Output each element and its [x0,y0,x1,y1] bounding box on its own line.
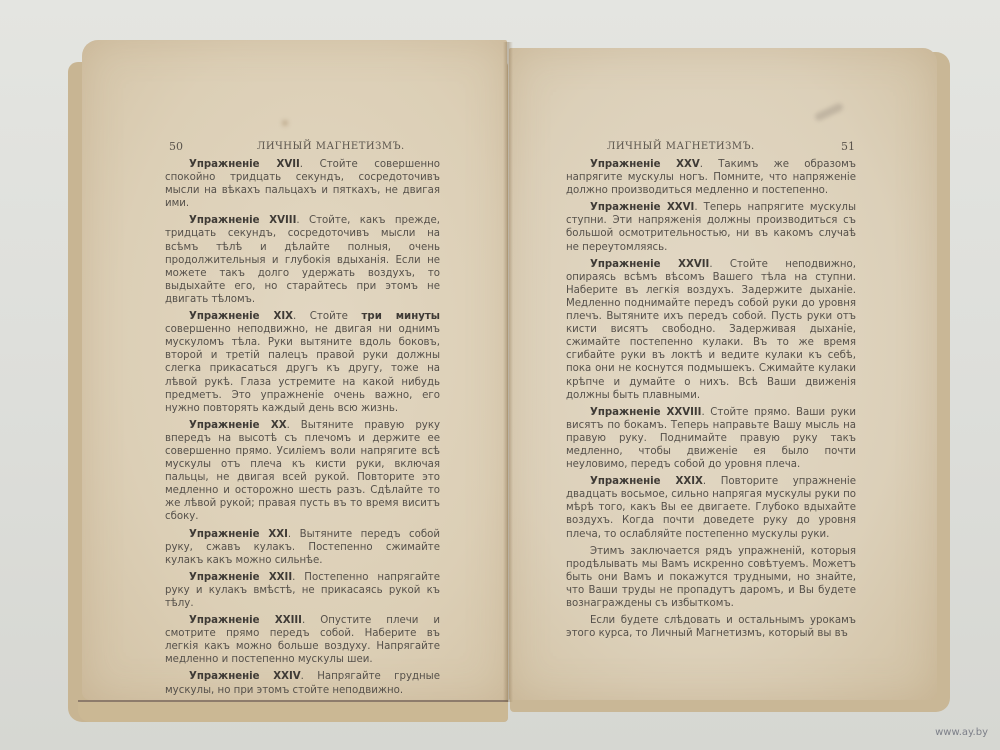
exercise-label: Упражненіе XXV [590,159,700,170]
exercise-label: Упражненіе XIX [189,311,293,322]
paragraph-text: . Вытяните правую руку впередъ на высотѣ… [165,420,440,523]
page-number-right: 51 [841,140,855,153]
paragraph: Упражненіе XVIII. Стойте, какъ прежде, т… [165,214,440,306]
exercise-label: Упражненіе XXIII [189,615,302,626]
paragraph: Упражненіе XXIX. Повторите упражненіе дв… [566,475,856,540]
exercise-label: Упражненіе XXVII [590,259,709,270]
paragraph: Этимъ заключается рядъ упражненій, котор… [566,545,856,610]
paragraph: Упражненіе XXVI. Теперь напрягите мускул… [566,201,856,253]
paragraph: Упражненіе XXII. Постепенно напрягайте р… [165,571,440,610]
right-page: ЛИЧНЫЙ МАГНЕТИЗМЪ. 51 Упражненіе XXV. Та… [509,48,937,700]
paragraph: Упражненіе XIX. Стойте три минуты соверш… [165,310,440,415]
exercise-label: Упражненіе XVIII [189,215,296,226]
stain [282,120,288,126]
paragraph: Упражненіе XXIII. Опустите плечи и смотр… [165,614,440,666]
left-page: 50 ЛИЧНЫЙ МАГНЕТИЗМЪ. Упражненіе XVII. С… [82,40,507,700]
exercise-label: Упражненіе XX [189,420,287,431]
exercise-label: Упражненіе XVII [189,159,300,170]
paragraph: Упражненіе XXIV. Напрягайте грудные муск… [165,670,440,696]
exercise-label: Упражненіе XXIX [590,476,703,487]
paragraph-text: Если будете слѣдовать и остальнымъ урока… [566,615,856,639]
running-title-left: ЛИЧНЫЙ МАГНЕТИЗМЪ. [257,141,405,152]
pencil-smudge [814,102,845,122]
right-page-text: Упражненіе XXV. Такимъ же образомъ напря… [566,158,856,644]
exercise-label: Упражненіе XXVIII [590,407,701,418]
paragraph: Если будете слѣдовать и остальнымъ урока… [566,614,856,640]
exercise-label: Упражненіе XXI [189,529,288,540]
paragraph: Упражненіе XX. Вытяните правую руку впер… [165,419,440,524]
paragraph: Упражненіе XXVII. Стойте неподвижно, опи… [566,258,856,402]
paragraph-text: . Стойте, какъ прежде, тридцать секундъ,… [165,215,440,305]
page-number-left: 50 [169,140,183,153]
running-title-right: ЛИЧНЫЙ МАГНЕТИЗМЪ. [607,141,755,152]
paragraph: Упражненіе XXI. Вытяните передъ собой ру… [165,528,440,567]
paragraph-text: Этимъ заключается рядъ упражненій, котор… [566,546,856,609]
book-bottom-edge [78,700,508,722]
watermark: www.ay.by [935,727,988,738]
emphasis: три минуты [362,311,441,322]
exercise-label: Упражненіе XXII [189,572,292,583]
paragraph-text: совершенно неподвижно, не двигая ни одни… [165,324,440,414]
paragraph: Упражненіе XVII. Стойте совершенно споко… [165,158,440,210]
paragraph-text: . Стойте неподвижно, опираясь всѣмъ вѣсо… [566,259,856,401]
exercise-label: Упражненіе XXVI [590,202,694,213]
exercise-label: Упражненіе XXIV [189,671,301,682]
paragraph: Упражненіе XXV. Такимъ же образомъ напря… [566,158,856,197]
paragraph: Упражненіе XXVIII. Стойте прямо. Ваши ру… [566,406,856,471]
left-page-text: Упражненіе XVII. Стойте совершенно споко… [165,158,440,701]
book-gutter [503,42,513,702]
